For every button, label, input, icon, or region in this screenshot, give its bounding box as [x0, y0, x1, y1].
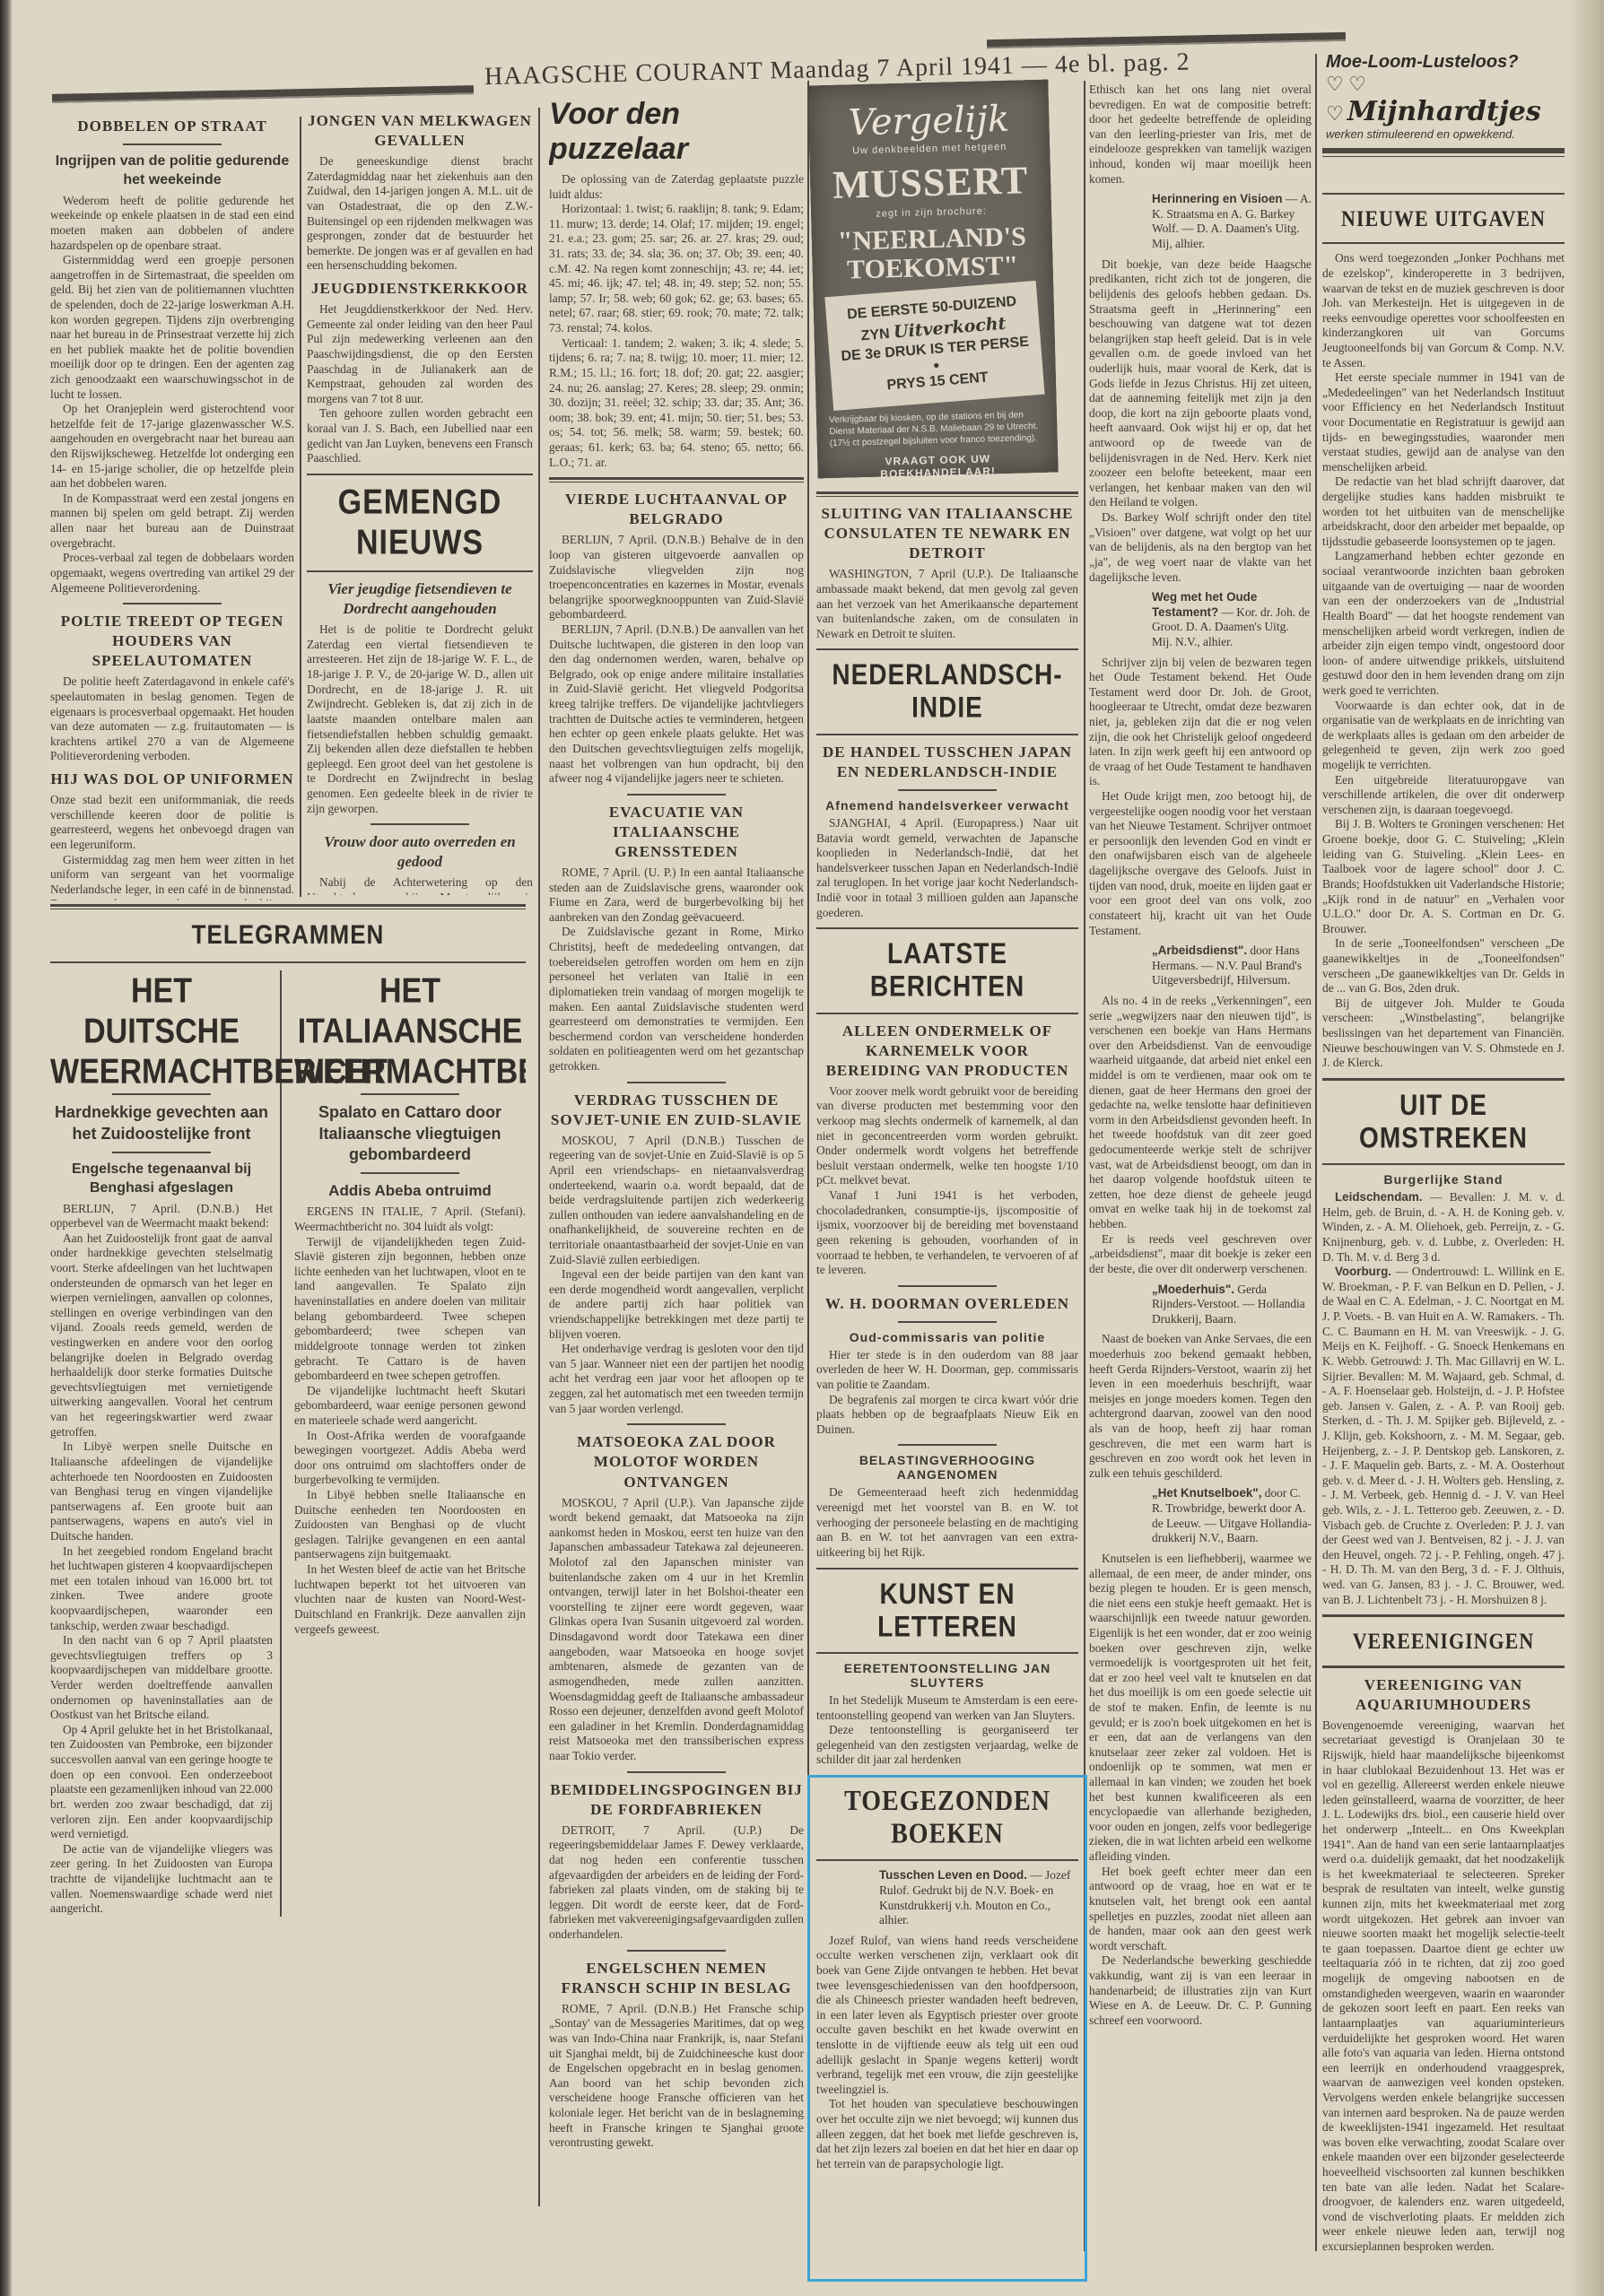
paragraph: In het Stedelijk Museum te Amsterdam is … — [816, 1693, 1078, 1723]
paragraph: Voorwaarde is dan echter ook, dat in de … — [1322, 699, 1565, 773]
headline: VIERDE LUCHTAANVAL OP BELGRADO — [549, 490, 804, 529]
headline: JONGEN VAN MELKWAGEN GEVALLEN — [307, 111, 533, 151]
paragraph: De Zuidslavische gezant in Rome, Mirko C… — [549, 925, 804, 1074]
paragraph: Het eerste speciale nummer in 1941 van d… — [1322, 370, 1565, 474]
masthead-rule-right — [987, 32, 1346, 48]
section-title-toegezonden-boeken: TOEGEZONDEN BOEKEN — [816, 1779, 1078, 1857]
article-duitsch-weermachtbericht: HET DUITSCHE WEERMACHTBERICHT Hardnekkig… — [50, 970, 282, 1917]
paragraph: In Oost-Afrika werden de voorafgaande be… — [294, 1429, 526, 1488]
section-rule — [1322, 1163, 1565, 1165]
paragraph: BERLIJN, 7 April. (D.N.B.) De aanvallen … — [549, 622, 804, 787]
registry-place: Leidschendam. — [1335, 1190, 1422, 1204]
paragraph: DETROIT, 7 April. (U.P.) De regeeringsbe… — [549, 1823, 804, 1943]
divider — [370, 823, 469, 825]
paragraph: Ten gehoore zullen worden gebracht een k… — [307, 406, 533, 465]
page-binding-edge — [0, 0, 13, 2296]
paragraph: In de Kompasstraat werd een zestal jonge… — [50, 491, 294, 551]
divider — [627, 794, 726, 796]
paragraph: Ons werd toegezonden „Jonker Pochhans me… — [1322, 251, 1565, 370]
review-arbeidsdienst: „Arbeidsdienst". door Hans Hermans. — N.… — [1089, 944, 1312, 1276]
column-6: Moe-Loom-Lusteloos? ♡ ♡ ♡Mijnhardtjes we… — [1322, 52, 1565, 2258]
puzzle-intro: De oplossing van de Zaterdag geplaatste … — [549, 172, 804, 202]
section-rule — [1322, 242, 1565, 244]
section-rule — [307, 570, 533, 572]
divider — [123, 603, 222, 604]
telegrammen-section: TELEGRAMMEN HET DUITSCHE WEERMACHTBERICH… — [50, 897, 526, 2278]
article-melkwagen: JONGEN VAN MELKWAGEN GEVALLEN De geneesk… — [307, 111, 533, 274]
paragraph: Tot het houden van speculatieve beschouw… — [816, 2097, 1078, 2171]
paragraph: In het zeegebied rondom Engeland bracht … — [50, 1544, 273, 1634]
book-title: „Arbeidsdienst". — [1152, 944, 1247, 957]
column-rule — [807, 81, 809, 2251]
section-title-nieuwe-uitgaven: NIEUWE UITGAVEN — [1322, 199, 1565, 238]
article-vrouw-overreden: Vrouw door auto overreden en gedood Nabi… — [307, 832, 533, 895]
paragraph: Naast de boeken van Anke Servaes, die ee… — [1089, 1332, 1312, 1481]
paragraph: Proces-verbaal zal tegen de dobbelaars w… — [50, 551, 294, 596]
edition-page: — 4e bl. pag. 2 — [1022, 48, 1190, 80]
paragraph: ROME, 7 April. (D.N.B.) Het Fransche sch… — [549, 2002, 804, 2151]
headline: VEREENIGING VAN AQUARIUMHOUDERS — [1322, 1675, 1565, 1715]
headline: BELASTINGVERHOOGING AANGENOMEN — [816, 1453, 1078, 1482]
book-title: „Het Knutselboek", — [1152, 1486, 1261, 1500]
puzzle-verticaal: Verticaal: 1. tandem; 2. waken; 3. ik; 4… — [549, 336, 804, 470]
book-title: „Moederhuis". — [1152, 1283, 1234, 1296]
paragraph: Bij J. B. Wolters te Groningen verschene… — [1322, 817, 1565, 936]
article-consulaten: SLUITING VAN ITALIAANSCHE CONSULATEN TE … — [816, 504, 1078, 641]
subheadline-2: Engelsche tegenaanval bij Benghasi afges… — [50, 1161, 273, 1198]
article-belgrado: VIERDE LUCHTAANVAL OP BELGRADO BERLIJN, … — [549, 490, 804, 787]
review-moederhuis: „Moederhuis". Gerda Rijnders-Verstoot. —… — [1089, 1283, 1312, 1482]
article-aquariumhouders: VEREENIGING VAN AQUARIUMHOUDERS Bovengen… — [1322, 1675, 1565, 2255]
paragraph: Gisternmiddag werd een groepje personen … — [50, 253, 294, 402]
section-rule — [816, 1652, 1078, 1654]
section-title-laatste-berichten: LAATSTE BERICHTEN — [816, 931, 1078, 1010]
paragraph: De actie van de vijandelijke vliegers wa… — [50, 1842, 273, 1917]
subheadline-burgerlijke-stand: Burgerlijke Stand — [1322, 1172, 1565, 1187]
paragraph: Er is reeds veel geschreven over „arbeid… — [1089, 1232, 1312, 1277]
page-curl-edge — [1568, 0, 1604, 2296]
paragraph: MOSKOU, 7 April (U.P.). Van Japansche zi… — [549, 1496, 804, 1764]
paragraph: De Gemeenteraad heeft zich hedenmiddag v… — [816, 1485, 1078, 1560]
article-matsoeoka: MATSOEOKA ZAL DOOR MOLOTOF WORDEN ONTVAN… — [549, 1432, 804, 1763]
ad-name: MUSSERT — [819, 157, 1042, 208]
subheadline: Oud-commissaris van politie — [816, 1330, 1078, 1344]
headline: Vier jeugdige fietsendieven te Dordrecht… — [307, 579, 533, 619]
masthead-rule-left — [52, 85, 474, 103]
ad-brochure-title: "NEERLAND'S TOEKOMST" — [820, 222, 1044, 284]
paragraph: In het Westen bleef de actie van het Bri… — [294, 1562, 526, 1637]
section-rule — [816, 648, 1078, 650]
paragraph: In den nacht van 6 op 7 April plaatsten … — [50, 1633, 273, 1723]
ad-sold-out-card: DE EERSTE 50-DUIZEND ZYN Uitverkocht DE … — [824, 281, 1044, 411]
paragraph: Het is de politie te Dordrecht gelukt Za… — [307, 622, 533, 816]
paragraph: Knutselen is een liefhebberij, waarmee w… — [1089, 1552, 1312, 1865]
article-sluyters: EERETENTOONSTELLING JAN SLUYTERS In het … — [816, 1661, 1078, 1768]
section-rule — [307, 474, 533, 475]
paragraph: Ds. Barkey Wolf schrijft onder den titel… — [1089, 510, 1312, 585]
book-credit: „Het Knutselboek", door C. R. Trowbridge… — [1089, 1486, 1312, 1545]
paper-name: HAAGSCHE COURANT — [484, 57, 763, 91]
paragraph: De Nederlandsche bewerking geschiedde va… — [1089, 1953, 1312, 2028]
paragraph: De politie heeft Zaterdagavond in enkele… — [50, 674, 294, 764]
paragraph: Een uitgebreide literatuuropgave van ver… — [1322, 773, 1565, 818]
divider — [898, 1321, 997, 1323]
article-italiaansch-weermachtbericht: HET ITALIAANSCHE WEERMACHTBERICHT Spalat… — [294, 970, 526, 1917]
section-rule — [816, 927, 1078, 929]
issue-date: Maandag 7 April 1941 — [770, 52, 1015, 85]
paragraph: SJANGHAI, 4 April. (Europapress.) Naar u… — [816, 816, 1078, 920]
paragraph: Het Oude krijgt men, zoo betoogt hij, de… — [1089, 789, 1312, 938]
section-rule — [816, 491, 1078, 497]
ad-question: Moe-Loom-Lusteloos? — [1326, 52, 1561, 73]
puzzle-title: Voor den puzzelaar — [549, 97, 804, 167]
paragraph: ROME, 7 April. (U. P.) In een aantal Ita… — [549, 865, 804, 925]
article-handel-japan: DE HANDEL TUSSCHEN JAPAN EN NEDERLANDSCH… — [816, 743, 1078, 920]
article-dobbelen: DOBBELEN OP STRAAT Ingrijpen van de poli… — [50, 117, 294, 596]
registry-entry: Voorburg. — Ondertrouwd: L. Willink en E… — [1322, 1265, 1565, 1607]
section-title-vereenigingen: VEREENIGINGEN — [1322, 1622, 1565, 1660]
paragraph: Gistermiddag zag men hem weer zitten in … — [50, 853, 294, 900]
ad-tagline: werken stimuleerend en opwekkend. — [1326, 127, 1561, 141]
article-fietsendieven: Vier jeugdige fietsendieven te Dordrecht… — [307, 579, 533, 816]
paragraph: Aan het Zuidoostelijk front gaat de aanv… — [50, 1231, 273, 1440]
paragraph: Terwijl de vijandelijkheden tegen Zuid-S… — [294, 1235, 526, 1384]
book-credit: Herinnering en Visioen — A. K. Straatsma… — [1089, 192, 1312, 251]
paragraph: Op 4 April gelukte het in het Bristolkan… — [50, 1723, 273, 1842]
divider — [112, 1093, 211, 1095]
subheadline: Ingrijpen van de politie gedurende het w… — [50, 152, 294, 190]
paragraph: Langzamerhand hebben echter gezonde en s… — [1322, 549, 1565, 698]
ad-brand: Mijnhardtjes — [1347, 96, 1541, 127]
column-1: DOBBELEN OP STRAAT Ingrijpen van de poli… — [50, 111, 294, 900]
paragraph: Dit boekje, van deze beide Haagsche pred… — [1089, 257, 1312, 510]
ad-fine-print: Verkrijgbaar bij kiosken, op de stations… — [829, 409, 1045, 449]
paragraph: Onze stad bezit een uniformmaniak, die r… — [50, 793, 294, 852]
paragraph: In Libyë werpen snelle Duitsche en Itali… — [50, 1439, 273, 1544]
section-rule — [816, 734, 1078, 735]
section-rule — [816, 1775, 1078, 1777]
article-fransch-schip: ENGELSCHEN NEMEN FRANSCH SCHIP IN BESLAG… — [549, 1959, 804, 2151]
advertisement-mijnhardtjes: Moe-Loom-Lusteloos? ♡ ♡ ♡Mijnhardtjes we… — [1322, 52, 1565, 141]
headline: ENGELSCHEN NEMEN FRANSCH SCHIP IN BESLAG — [549, 1959, 804, 1998]
column-4: SLUITING VAN ITALIAANSCHE CONSULATEN TE … — [816, 484, 1078, 2242]
section-title-telegrammen: TELEGRAMMEN — [50, 914, 526, 957]
subheadline: Hardnekkige gevechten aan het Zuidoostel… — [50, 1102, 273, 1144]
column-rule — [1084, 81, 1085, 2251]
section-title-uit-de-omstreken: UIT DE OMSTREKEN — [1322, 1083, 1565, 1161]
paragraph: De geneeskundige dienst bracht Zaterdagm… — [307, 154, 533, 274]
section-rule — [1322, 193, 1565, 195]
book-title: Herinnering en Visioen — [1152, 192, 1283, 205]
headline: DOBBELEN OP STRAAT — [50, 117, 294, 136]
article-kerkkoor: JEUGDDIENSTKERKKOOR Het Jeugddienstkerkk… — [307, 279, 533, 466]
paragraph: De vijandelijke luchtmacht heeft Skutari… — [294, 1384, 526, 1429]
paragraph-continued: Ethisch kan het ons lang niet overal bev… — [1089, 83, 1312, 187]
ad-script-heading: Vergelijk — [817, 98, 1041, 144]
article-ondermelk: ALLEEN ONDERMELK OF KARNEMELK VOOR BEREI… — [816, 1022, 1078, 1278]
subheadline-2: Addis Abeba ontruimd — [294, 1181, 526, 1201]
book-credit: „Moederhuis". Gerda Rijnders-Verstoot. —… — [1089, 1283, 1312, 1327]
headline: SLUITING VAN ITALIAANSCHE CONSULATEN TE … — [816, 504, 1078, 563]
brochure-line: TOEKOMST" — [821, 250, 1044, 284]
article-speelautomaten: POLTIE TREEDT OP TEGEN HOUDERS VAN SPEEL… — [50, 612, 294, 764]
paragraph: Bovengenoemde vereeniging, waarvan het s… — [1322, 1718, 1565, 2255]
section-rule — [1322, 1078, 1565, 1081]
article-belasting: BELASTINGVERHOOGING AANGENOMEN De Gemeen… — [816, 1453, 1078, 1560]
section-rule — [816, 1859, 1078, 1861]
paragraph: Schrijver zijn bij velen de bezwaren teg… — [1089, 656, 1312, 789]
column-3: Voor den puzzelaar De oplossing van de Z… — [549, 95, 804, 2257]
article-verdrag: VERDRAG TUSSCHEN DE SOVJET-UNIE EN ZUID-… — [549, 1091, 804, 1417]
section-rule — [50, 961, 526, 963]
divider — [361, 1093, 459, 1095]
column-rule — [538, 108, 540, 2206]
headline: BEMIDDELINGSPOGINGEN BIJ DE FORDFABRIEKE… — [549, 1780, 804, 1820]
subheadline: Afnemend handelsverkeer verwacht — [816, 798, 1078, 813]
section-rule — [1322, 1665, 1565, 1668]
headline: ALLEEN ONDERMELK OF KARNEMELK VOOR BEREI… — [816, 1022, 1078, 1081]
review-tusschen-leven-en-dood: Tusschen Leven en Dood. — Jozef Rulof. G… — [816, 1868, 1078, 2171]
paragraph: Nabij de Achterwetering op den Utrechtsc… — [307, 875, 533, 895]
divider — [361, 1172, 459, 1174]
paragraph: Jozef Rulof, van wiens hand reeds versch… — [816, 1934, 1078, 2098]
review-knutselboek: „Het Knutselboek", door C. R. Trowbridge… — [1089, 1486, 1312, 2028]
card-line: ZYN — [860, 326, 890, 344]
registry-text: — Ondertrouwd: L. Willink en E. W. Broek… — [1322, 1265, 1565, 1605]
book-title: Tusschen Leven en Dood. — [879, 1868, 1027, 1882]
headline: VERDRAG TUSSCHEN DE SOVJET-UNIE EN ZUID-… — [549, 1091, 804, 1130]
headline: HIJ WAS DOL OP UNIFORMEN — [50, 770, 294, 789]
section-rule — [1322, 148, 1565, 157]
article-doorman: W. H. DOORMAN OVERLEDEN Oud-commissaris … — [816, 1294, 1078, 1438]
section-rule — [1322, 1614, 1565, 1617]
section-title-gemengd-nieuws: GEMENGD NIEUWS — [307, 476, 533, 570]
paragraph: Deze tentoonstelling is georganiseerd te… — [816, 1723, 1078, 1768]
paragraph: WASHINGTON, 7 April (U.P.). De Italiaans… — [816, 567, 1078, 641]
article-uniformen: HIJ WAS DOL OP UNIFORMEN Onze stad bezit… — [50, 770, 294, 900]
paragraph: Als no. 4 in de reeks „Verkenningen", ee… — [1089, 994, 1312, 1232]
subheadline: Spalato en Cattaro door Italiaansche vli… — [294, 1102, 526, 1165]
paragraph: Hier ter stede is in den ouderdom van 88… — [816, 1348, 1078, 1393]
paragraph: Vanaf 1 Juni 1941 is het verboden, choco… — [816, 1188, 1078, 1278]
paragraph: De redactie van het blad schrijft daarov… — [1322, 474, 1565, 549]
registry-place: Voorburg. — [1335, 1265, 1391, 1278]
headline: DE HANDEL TUSSCHEN JAPAN EN NEDERLANDSCH… — [816, 743, 1078, 782]
column-rule — [300, 117, 301, 897]
headline: JEUGDDIENSTKERKKOOR — [307, 279, 533, 299]
paragraph: BERLIJN, 7 April. (D.N.B.) Behalve de in… — [549, 533, 804, 622]
puzzle-solution: Voor den puzzelaar De oplossing van de Z… — [549, 97, 804, 470]
divider — [898, 789, 997, 791]
registry-entry: Leidschendam. — Bevallen: J. M. v. d. He… — [1322, 1190, 1565, 1265]
headline: HET DUITSCHE WEERMACHTBERICHT — [50, 971, 273, 1092]
divider — [898, 1444, 997, 1446]
paragraph: Het boek geeft echter meer dan een antwo… — [1089, 1865, 1312, 1954]
divider — [112, 1152, 211, 1153]
section-rule — [549, 477, 804, 483]
headline: Vrouw door auto overreden en gedood — [307, 832, 533, 872]
review-herinnering-en-visioen: Herinnering en Visioen — A. K. Straatsma… — [1089, 192, 1312, 585]
paragraph: In Libyë hebben snelle Italiaansche en D… — [294, 1488, 526, 1562]
paragraph: Voor zoover melk wordt gebruikt voor de … — [816, 1084, 1078, 1188]
headline: EVACUATIE VAN ITALIAANSCHE GRENSSTEDEN — [549, 803, 804, 862]
paragraph: Het onderhavige verdrag is gesloten voor… — [549, 1342, 804, 1416]
divider — [627, 1950, 726, 1952]
headline: MATSOEOKA ZAL DOOR MOLOTOF WORDEN ONTVAN… — [549, 1432, 804, 1492]
article-evacuatie: EVACUATIE VAN ITALIAANSCHE GRENSSTEDEN R… — [549, 803, 804, 1074]
paragraph: Het Jeugddienstkerkkoor der Ned. Herv. G… — [307, 302, 533, 406]
column-rule — [1315, 54, 1317, 2251]
paragraph: Ingeval een der beide partijen van den k… — [549, 1267, 804, 1342]
paragraph: BERLIJN, 7 April. (D.N.B.) Het opperbeve… — [50, 1202, 273, 1231]
section-title-kunst-en-letteren: KUNST EN LETTEREN — [816, 1571, 1078, 1650]
headline: POLTIE TREEDT OP TEGEN HOUDERS VAN SPEEL… — [50, 612, 294, 671]
book-credit: „Arbeidsdienst". door Hans Hermans. — N.… — [1089, 944, 1312, 988]
paragraph: De begrafenis zal morgen te circa kwart … — [816, 1393, 1078, 1438]
section-rule — [816, 1568, 1078, 1570]
review-oude-testament: Weg met het Oude Testament? — Kor. dr. J… — [1089, 590, 1312, 938]
section-title-nederlandsch-indie: NEDERLANDSCH-INDIE — [816, 653, 1078, 732]
paragraph: Bij de uitgever Joh. Mulder te Gouda ver… — [1322, 996, 1565, 1071]
divider — [627, 1082, 726, 1083]
article-ford: BEMIDDELINGSPOGINGEN BIJ DE FORDFABRIEKE… — [549, 1780, 804, 1943]
divider — [898, 1285, 997, 1287]
divider — [123, 143, 222, 145]
headline: EERETENTOONSTELLING JAN SLUYTERS — [816, 1661, 1078, 1690]
column-5: Ethisch kan het ons lang niet overal bev… — [1089, 83, 1312, 2253]
puzzle-horizontaal: Horizontaal: 1. twist; 6. raaklijn; 8. t… — [549, 202, 804, 335]
paragraph: MOSKOU, 7 April (D.N.B.) Tusschen de reg… — [549, 1134, 804, 1267]
paragraph: ERGENS IN ITALIE, 7 April. (Stefani). We… — [294, 1205, 526, 1234]
paragraph: Wederom heeft de politie gedurende het w… — [50, 194, 294, 253]
headline: HET ITALIAANSCHE WEERMACHTBERICHT — [294, 971, 526, 1092]
book-credit: Weg met het Oude Testament? — Kor. dr. J… — [1089, 590, 1312, 649]
paragraph: In de serie „Tooneelfondsen" verscheen „… — [1322, 936, 1565, 996]
book-credit: Tusschen Leven en Dood. — Jozef Rulof. G… — [816, 1868, 1078, 1927]
paragraph: Op het Oranjeplein werd gisterochtend vo… — [50, 402, 294, 491]
column-2: JONGEN VAN MELKWAGEN GEVALLEN De geneesk… — [307, 106, 533, 895]
divider — [627, 1423, 726, 1425]
section-rule — [816, 1013, 1078, 1014]
advertisement-mussert: Vergelijk Uw denkbeelden met hetgeen MUS… — [807, 80, 1058, 479]
headline: W. H. DOORMAN OVERLEDEN — [816, 1294, 1078, 1314]
section-rule — [50, 904, 526, 909]
divider — [627, 1771, 726, 1773]
